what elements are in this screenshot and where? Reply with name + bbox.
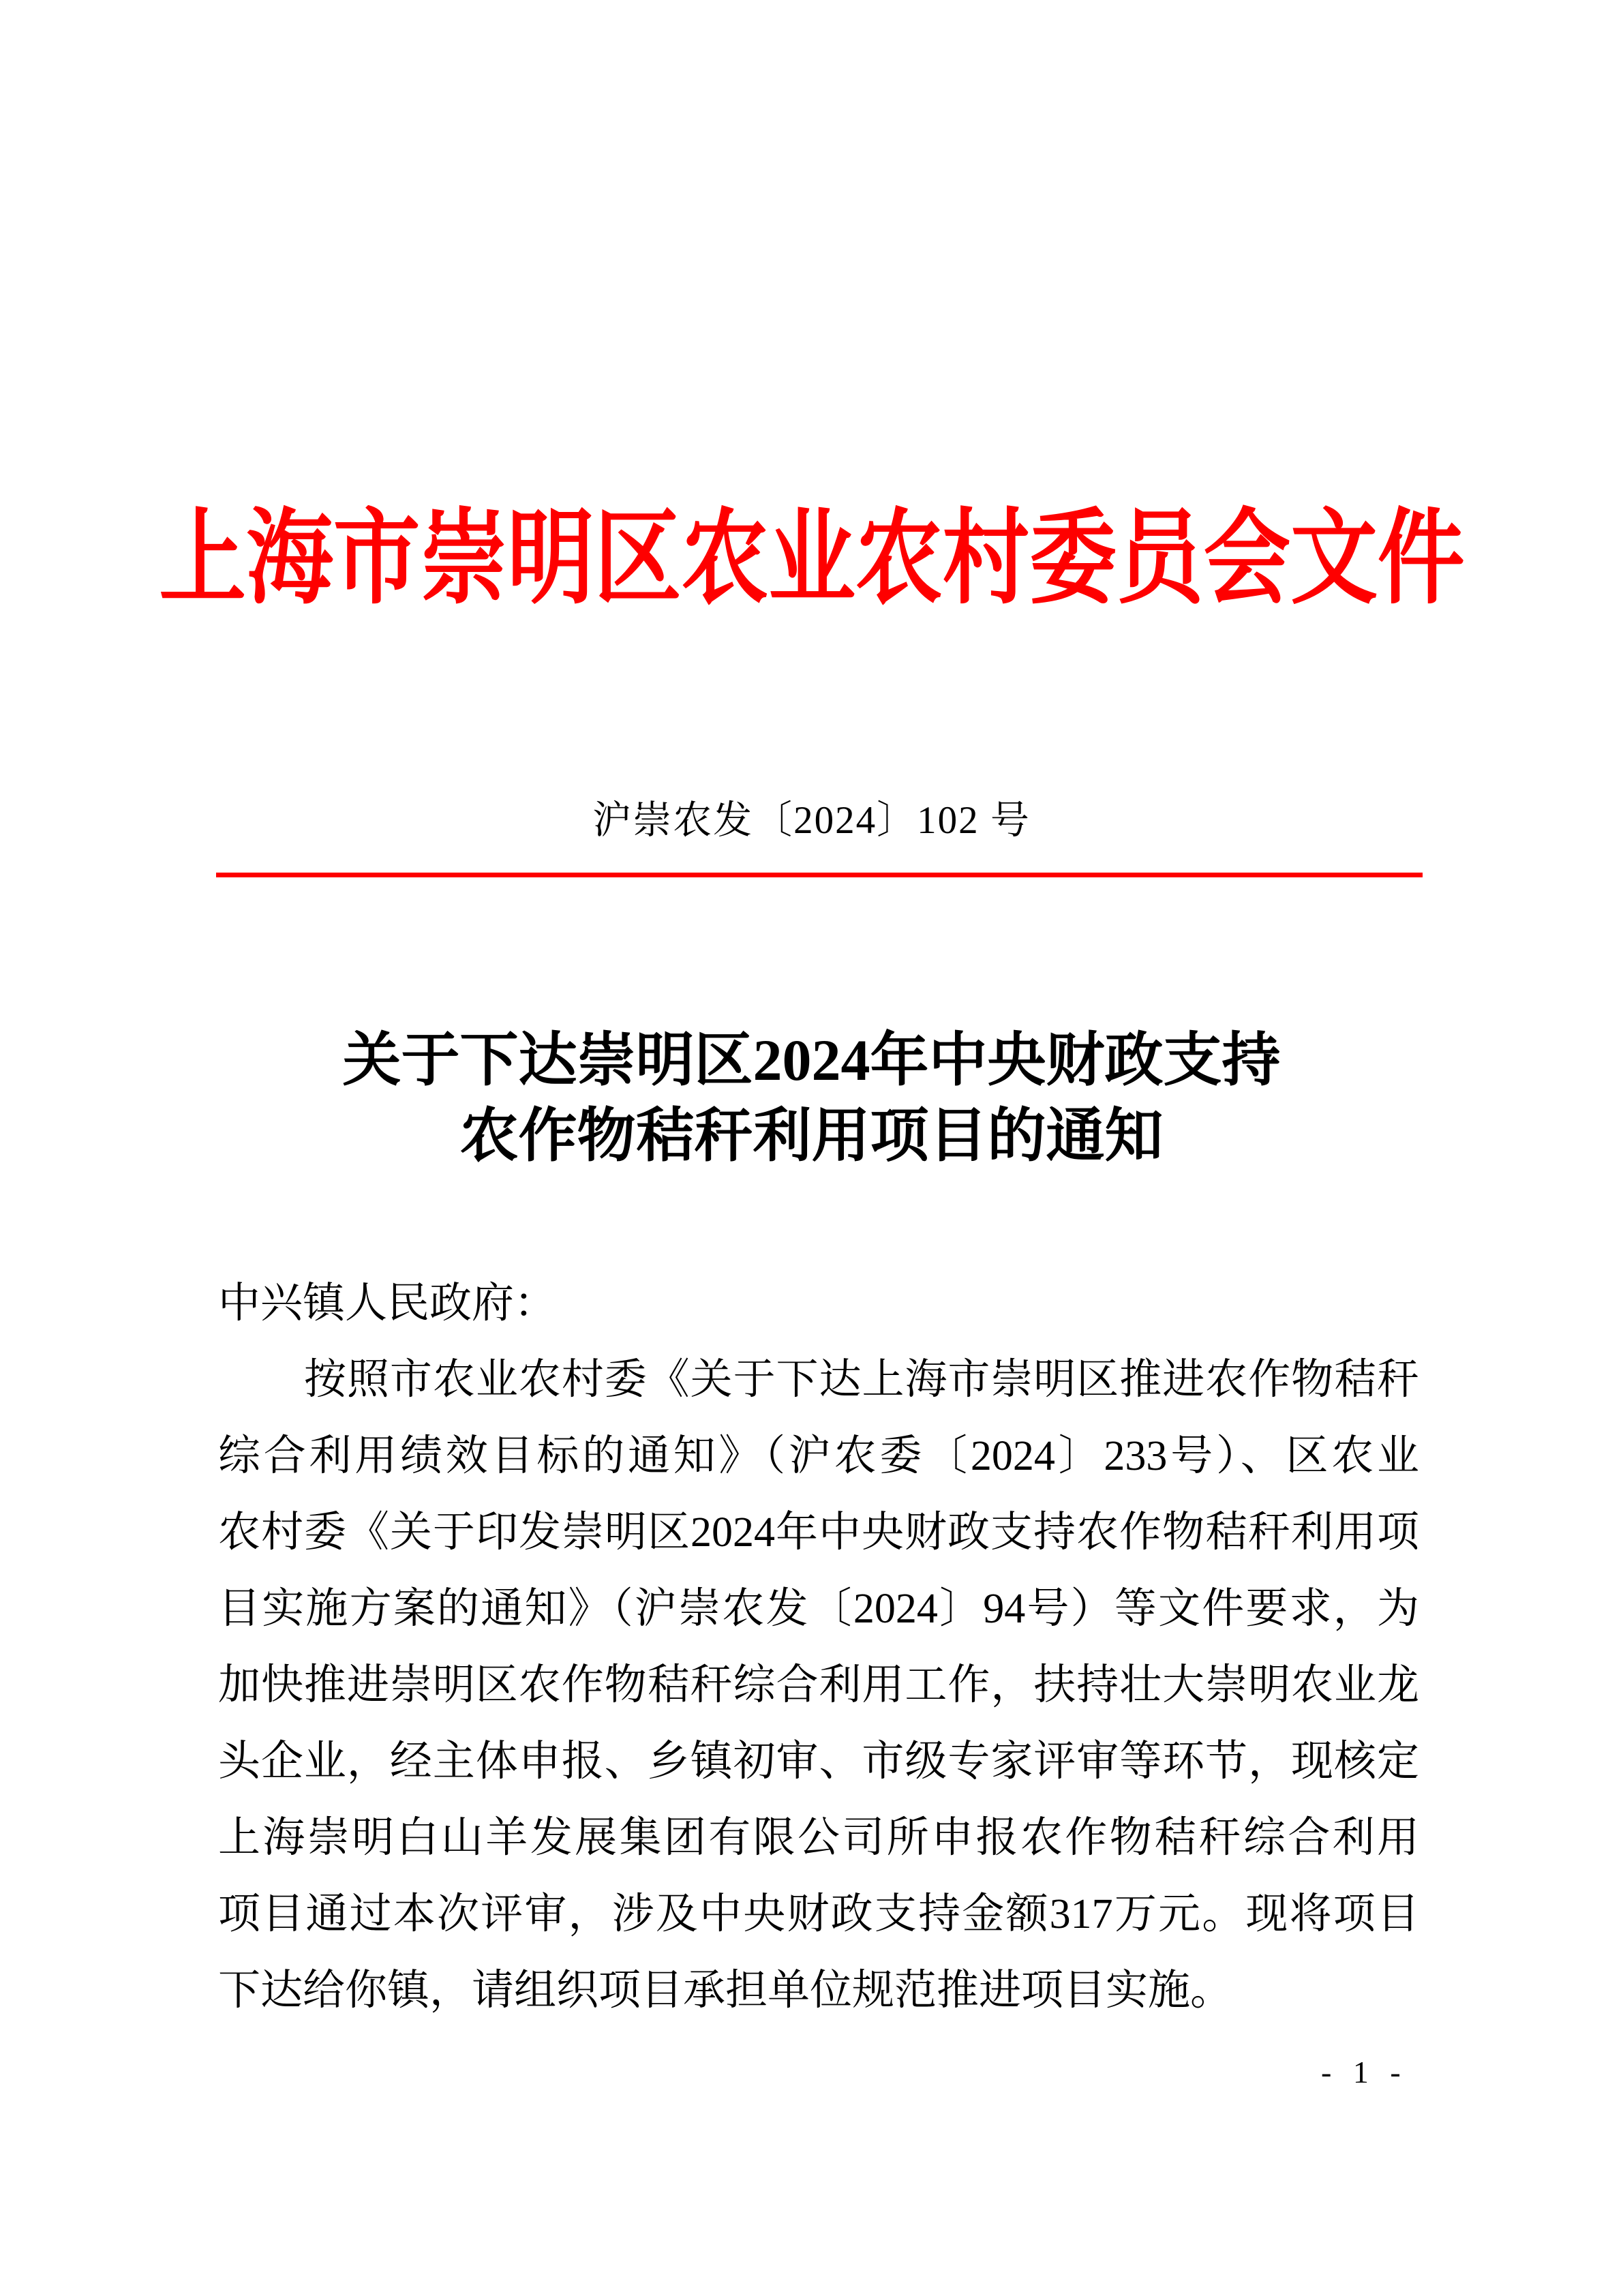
body-text: 中兴镇人民政府： 按照市农业农村委《关于下达上海市崇明区推进农作物秸秆 综合利用… xyxy=(218,1265,1419,2029)
body-line: 按照市农业农村委《关于下达上海市崇明区推进农作物秸秆 xyxy=(218,1342,1419,1418)
doc-number: 沪崇农发〔2024〕102 号 xyxy=(0,796,1623,845)
body-line: 上海崇明白山羊发展集团有限公司所申报农作物秸秆综合利用 xyxy=(218,1800,1419,1876)
body-line: 综合利用绩效目标的通知》（沪农委〔2024〕233号）、区农业 xyxy=(218,1418,1419,1494)
org-title-text: 上海市崇明区农业农村委员会文件 xyxy=(159,503,1464,615)
doc-title-line1: 关于下达崇明区2024年中央财政支持 xyxy=(0,1023,1623,1098)
body-line: 加快推进崇明区农作物秸秆综合利用工作，扶持壮大崇明农业龙 xyxy=(218,1647,1419,1723)
body-line: 头企业，经主体申报、乡镇初审、市级专家评审等环节，现核定 xyxy=(218,1723,1419,1800)
addressee-line: 中兴镇人民政府： xyxy=(218,1265,1419,1342)
doc-title-line2: 农作物秸秆利用项目的通知 xyxy=(0,1098,1623,1174)
org-title-banner: 上海市崇明区农业农村委员会文件 xyxy=(0,503,1623,615)
body-line: 农村委《关于印发崇明区2024年中央财政支持农作物秸秆利用项 xyxy=(218,1494,1419,1571)
page-number: - 1 - xyxy=(1321,2053,1457,2091)
doc-title: 关于下达崇明区2024年中央财政支持 农作物秸秆利用项目的通知 xyxy=(0,1023,1623,1174)
body-line: 目实施方案的通知》（沪崇农发〔2024〕94号）等文件要求，为 xyxy=(218,1571,1419,1647)
body-line: 下达给你镇，请组织项目承担单位规范推进项目实施。 xyxy=(218,1952,1419,2029)
red-divider-rule xyxy=(216,873,1423,877)
body-line: 项目通过本次评审，涉及中央财政支持金额317万元。现将项目 xyxy=(218,1876,1419,1952)
document-page: 上海市崇明区农业农村委员会文件 沪崇农发〔2024〕102 号 关于下达崇明区2… xyxy=(0,0,1623,2296)
